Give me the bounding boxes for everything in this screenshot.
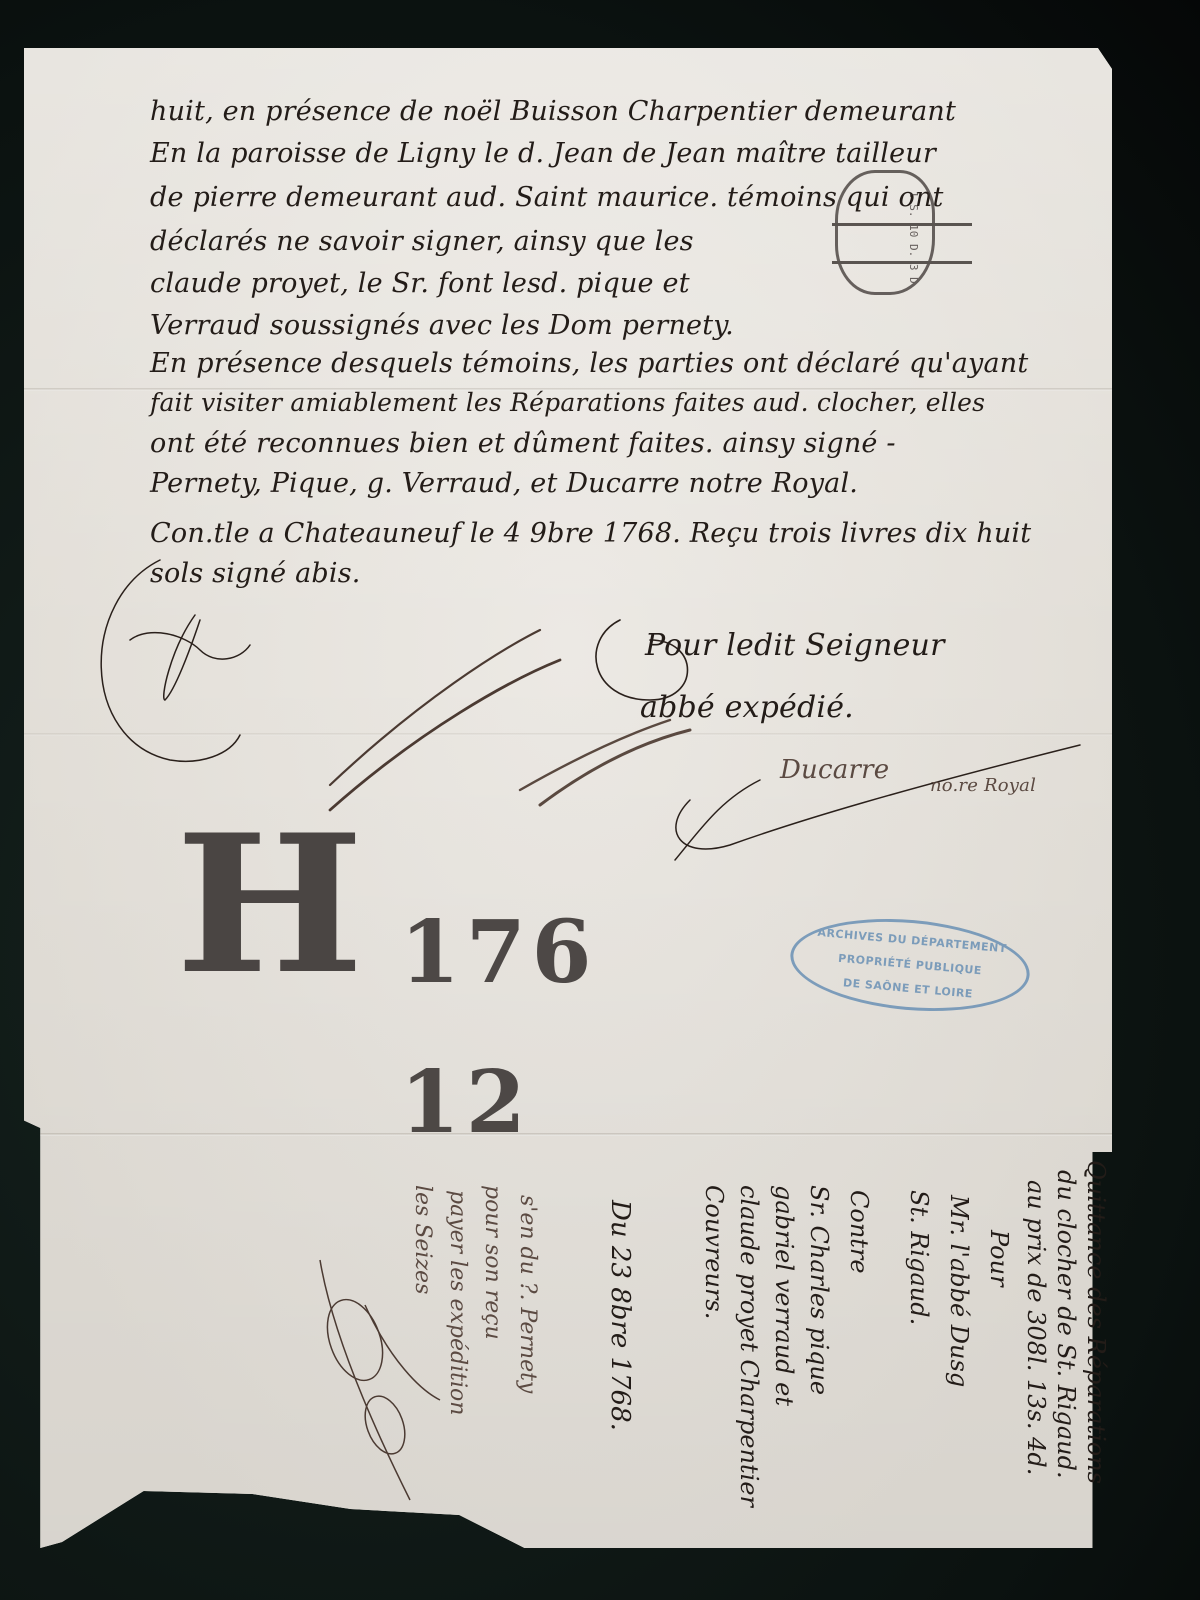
margin-note-line: payer les expédition [445,1190,470,1415]
endorsement-line: au prix de 308l. 13s. 4d. [1022,1180,1050,1475]
endorsement-line: Mr. l'abbé Dusg [945,1195,973,1387]
body-line: En présence desquels témoins, les partie… [150,348,1028,379]
endorsement-line: claude proyet Charpentier [735,1185,763,1507]
body-line: de pierre demeurant aud. Saint maurice. … [150,182,944,213]
endorsement-line: gabriel verraud et [770,1185,798,1406]
closing-line-2: abbé expédié. [640,690,854,725]
body-line: déclarés ne savoir signer, ainsy que les [150,226,694,257]
seal-stamp-text: 1 S. 10 D. 3 D. [907,191,920,290]
endorsement-line: Couvreurs. [700,1185,728,1319]
endorsement-line: du clocher de St. Rigaud. [1052,1170,1080,1479]
paper-fold [24,733,1112,736]
margin-note-line: les Seizes [410,1185,435,1294]
archive-series-letter: H [176,810,365,1000]
endorsement-line: Contre [845,1190,873,1274]
endorsement-line: Pour [985,1230,1013,1287]
endorsement-line: Quittance des Réparations [1082,1160,1110,1484]
body-line: huit, en présence de noël Buisson Charpe… [150,96,956,127]
embossed-seal-stamp: 1 S. 10 D. 3 D. [835,170,935,295]
endorsement-line: St. Rigaud. [905,1190,933,1325]
archive-number-12: 12 [400,1060,532,1146]
body-line: ont été reconnues bien et dûment faites.… [150,428,896,459]
closing-line-1: Pour ledit Seigneur [645,628,945,663]
paper-fold [24,1133,1112,1136]
notary-title: no.re Royal [930,775,1036,796]
body-line: Verraud soussignés avec les Dom pernety. [150,310,734,341]
body-line: Con.tle a Chateauneuf le 4 9bre 1768. Re… [150,518,1031,549]
endorsement-date: Du 23 8bre 1768. [605,1200,635,1431]
body-line: sols signé abis. [150,558,361,589]
endorsement-line: Sr. Charles pique [805,1185,833,1395]
archive-number-176: 176 [400,910,598,996]
body-line: claude proyet, le Sr. font lesd. pique e… [150,268,690,299]
body-line: fait visiter amiablement les Réparations… [150,388,985,417]
notary-signature: Ducarre [780,755,889,785]
body-line: Pernety, Pique, g. Verraud, et Ducarre n… [150,468,858,499]
margin-note-line: s'en du ?. Pernety [515,1195,540,1393]
margin-note-line: pour son reçu [480,1185,505,1340]
body-line: En la paroisse de Ligny le d. Jean de Je… [150,138,936,169]
